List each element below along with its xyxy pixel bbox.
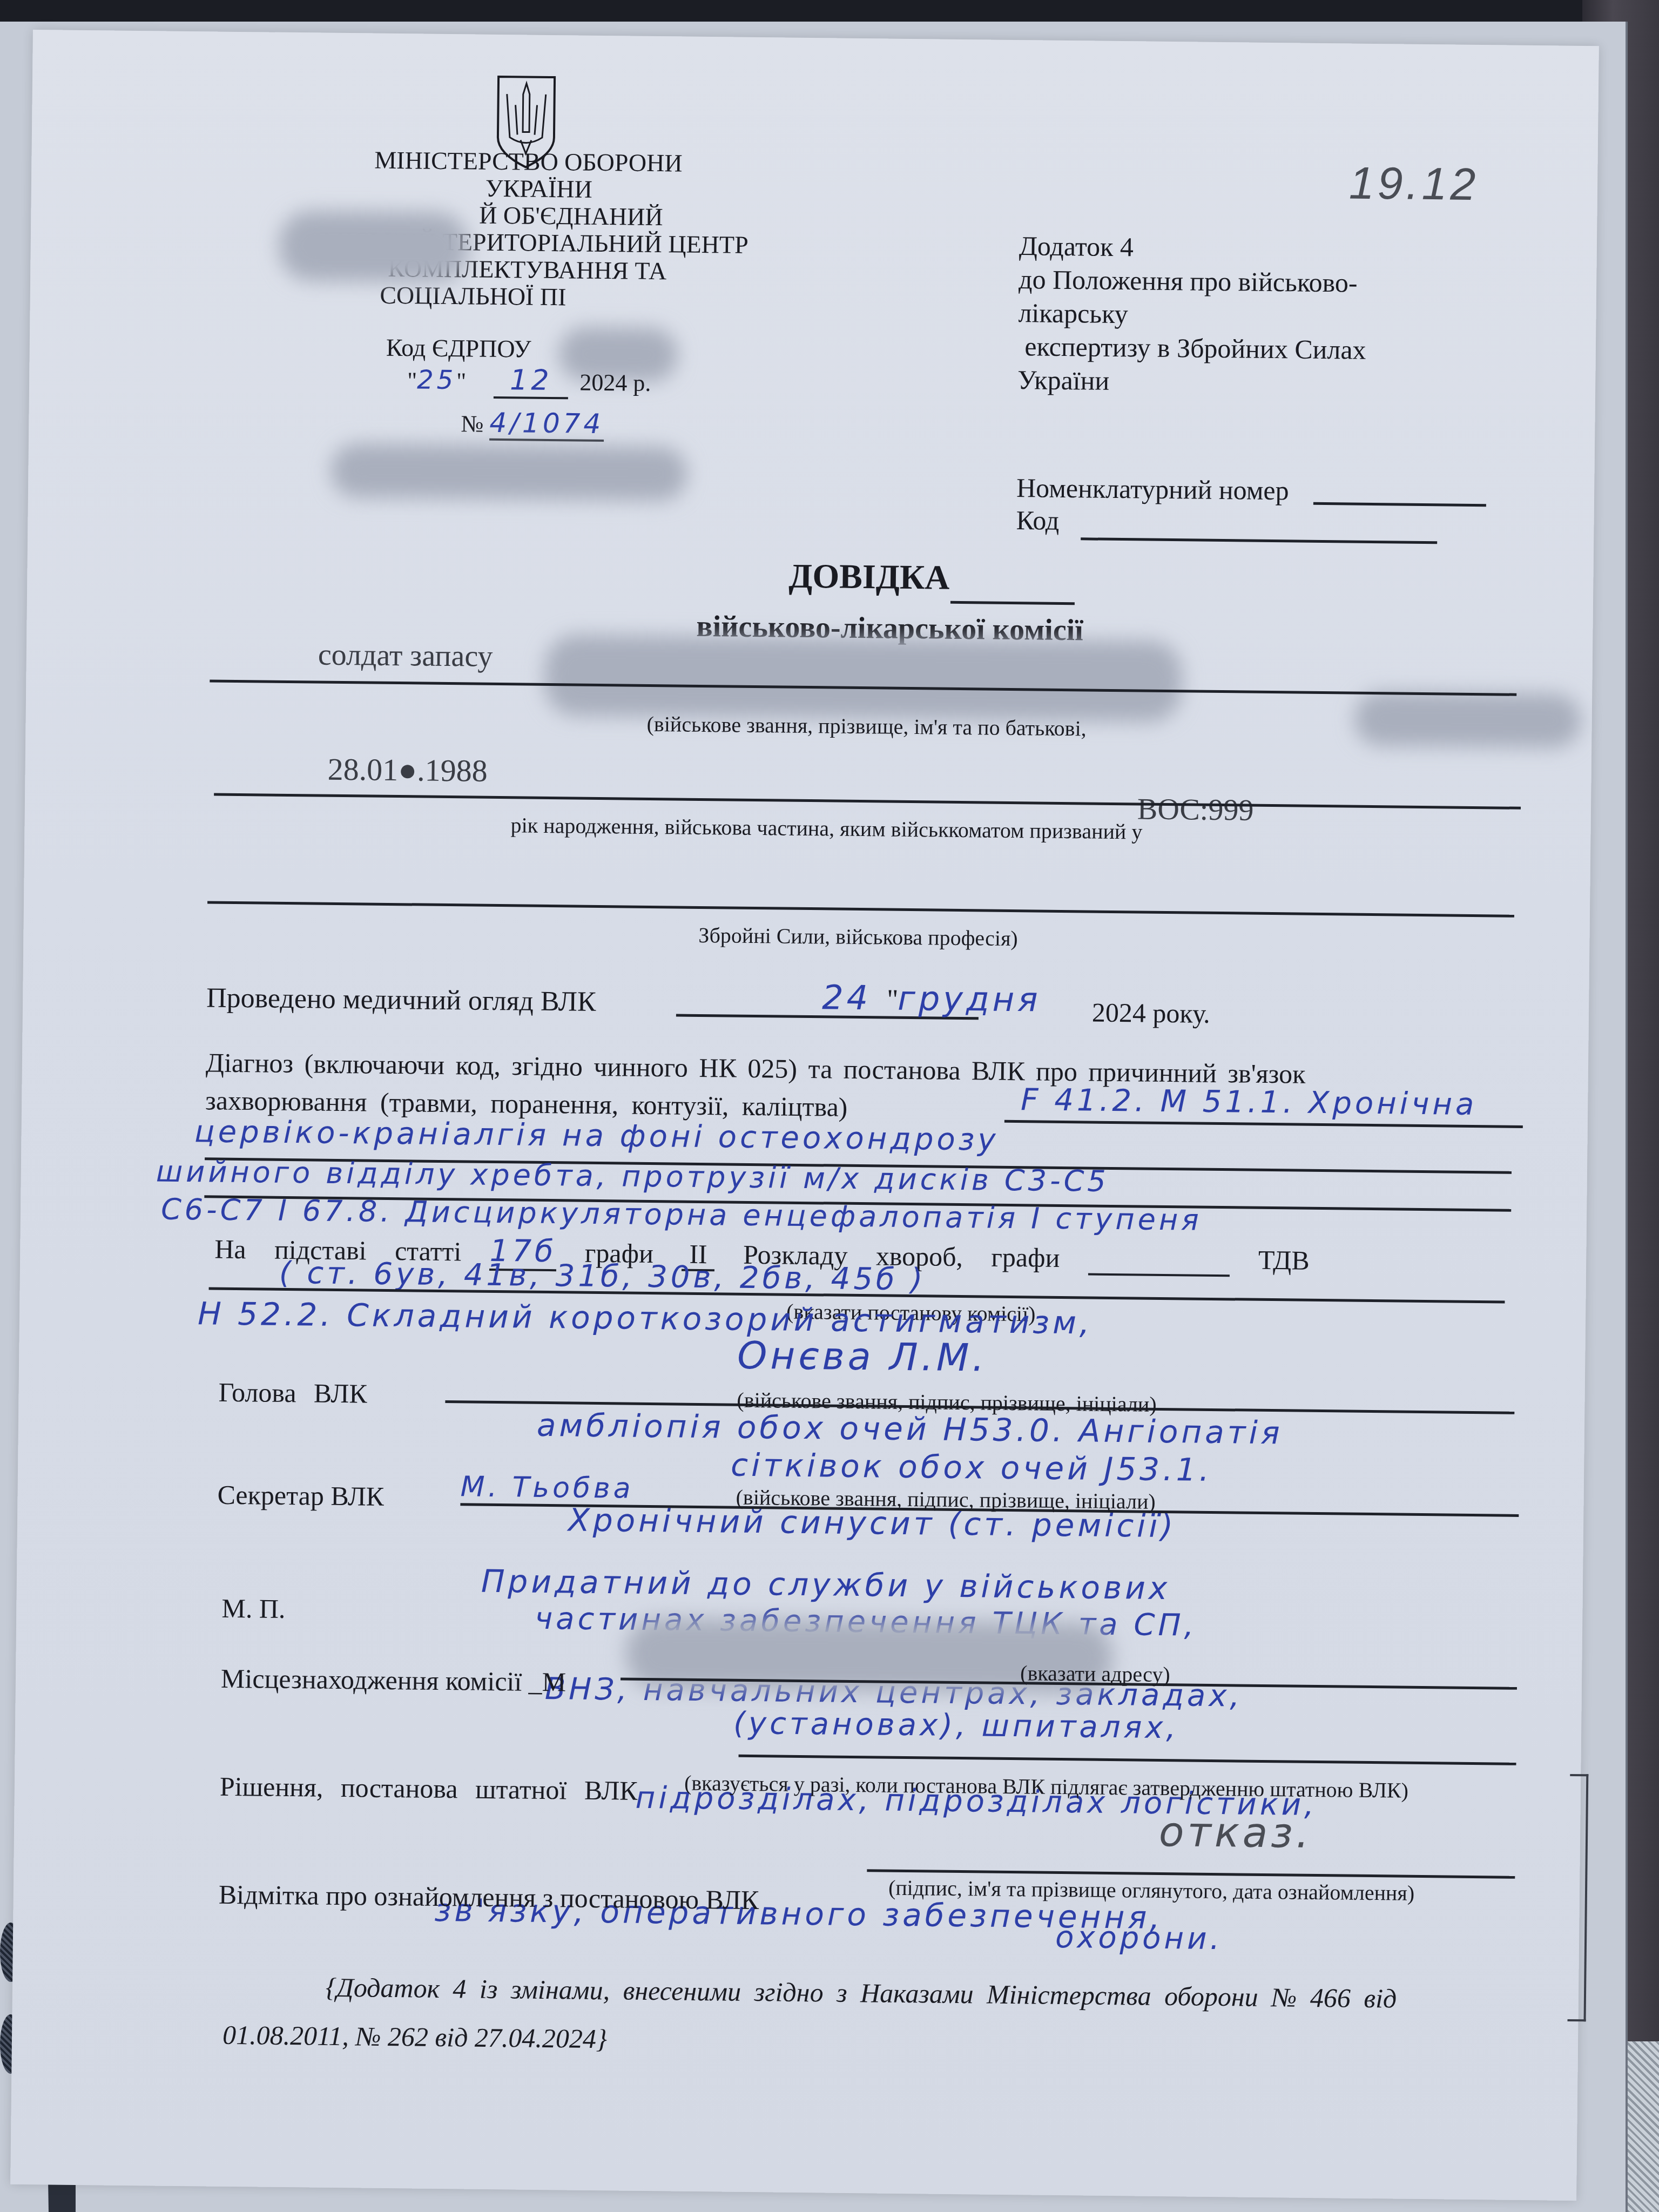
diagnosis-handwritten: шийного відділу хребта, протрузії м/х ди… (156, 1154, 1109, 1198)
redaction-blur (1354, 692, 1581, 748)
secretary-caption: (військове звання, підпис, прізвище, іні… (736, 1485, 1156, 1514)
rank-name-caption: (військове звання, прізвище, ім'я та по … (646, 711, 1087, 741)
annex-block: Додаток 4 до Положення про військово- лі… (1017, 229, 1367, 400)
code-label: Код (1016, 504, 1059, 536)
exam-day: 24 (822, 977, 872, 1017)
secretary-signature: М. Тьобва (460, 1471, 633, 1505)
extra-handwritten: (установах), шпиталях, (733, 1706, 1179, 1746)
nomenclature-label: Номенклатурний номер (1016, 472, 1289, 506)
annex-line: України (1017, 363, 1366, 400)
redaction-blur (331, 443, 687, 501)
extra-handwritten: сітківок обох очей J53.1. (731, 1447, 1212, 1488)
redaction-blur (279, 211, 468, 283)
extra-handwritten: Придатний до служби у військових (481, 1563, 1171, 1607)
head-signature: Онєва Л.М. (737, 1333, 988, 1380)
corner-note: 19.12 (1349, 157, 1479, 211)
secretary-label: Секретар ВЛК (217, 1479, 384, 1512)
forces-caption: Збройні Сили, військова професія) (698, 922, 1018, 951)
annex-line: експертизу в Збройних Силах (1018, 329, 1366, 367)
forces-profession-field (207, 901, 1514, 917)
diagnosis-handwritten: F 41.2. M 51.1. Хронічна (1021, 1082, 1478, 1122)
org-line: МІНІСТЕРСТВО ОБОРОНИ (323, 146, 733, 178)
page-edge-marks (1568, 1774, 1589, 2021)
issue-day: 25 (417, 365, 457, 395)
exam-quote: " (887, 984, 899, 1016)
annex-line: до Положення про військово- (1019, 262, 1367, 300)
issue-year: 2024 р. (579, 369, 651, 396)
birth-caption: рік народження, військова частина, яким … (510, 812, 1142, 844)
title-number-field (950, 601, 1075, 605)
issue-month: 12 (494, 364, 569, 399)
exam-year: 2024 року. (1092, 997, 1210, 1029)
location-caption: (вказати адресу) (1020, 1660, 1170, 1687)
annex-line: лікарську (1018, 296, 1366, 333)
stamp-label: М. П. (221, 1593, 286, 1624)
diagnosis-handwritten: цервіко-краніалгія на фоні остеохондрозу (194, 1114, 999, 1158)
decision-field (739, 1755, 1516, 1765)
redaction-blur (544, 635, 1183, 722)
head-caption: (військове звання, підпис, прізвище, іні… (737, 1387, 1157, 1417)
annex-line: Додаток 4 (1019, 229, 1367, 266)
extra-handwritten: охорони. (1055, 1920, 1223, 1957)
org-line: СОЦІАЛЬНОЇ ПІ (322, 281, 732, 313)
outgoing-number: № 4/1074 (461, 407, 604, 440)
footer-line2: 01.08.2011, № 262 від 27.04.2024} (222, 2019, 607, 2054)
edrpou-label: Код ЄДРПОУ (386, 333, 531, 363)
birth-date-value: 28.01●.1988 (327, 751, 488, 789)
exam-month: грудня (898, 979, 1041, 1020)
nomenclature-field (1313, 502, 1486, 507)
diagnosis-handwritten: C6-C7 I 67.8. Дисциркуляторна енцефалопа… (161, 1192, 1202, 1237)
location-label: Місцезнаходження комісії _М (221, 1663, 567, 1698)
decision-label: Рішення, постанова штатної ВЛК (220, 1771, 638, 1806)
acknowledgement-label: Відмітка про ознайомлення з постановою В… (219, 1879, 759, 1916)
footer-line1: {Додаток 4 із змінами, внесеними згідно … (326, 1972, 1397, 2014)
acknowledgement-value: отказ. (1159, 1808, 1313, 1857)
rank-name-value: солдат запасу (318, 638, 493, 674)
head-label: Голова ВЛК (218, 1377, 367, 1410)
birth-unit-field (214, 793, 1521, 810)
voc-value: ВОС:999 (1137, 792, 1254, 827)
org-line: УКРАЇНИ (323, 173, 733, 205)
code-field (1081, 537, 1437, 544)
issue-date: "25" 12 2024 р. (407, 363, 651, 398)
document-title: ДОВІДКА (788, 556, 950, 598)
exam-label: Проведено медичний огляд ВЛК (206, 982, 596, 1018)
vlk-certificate-page: МІНІСТЕРСТВО ОБОРОНИ УКРАЇНИ Й ОБ'ЄДНАНИ… (10, 30, 1599, 2201)
